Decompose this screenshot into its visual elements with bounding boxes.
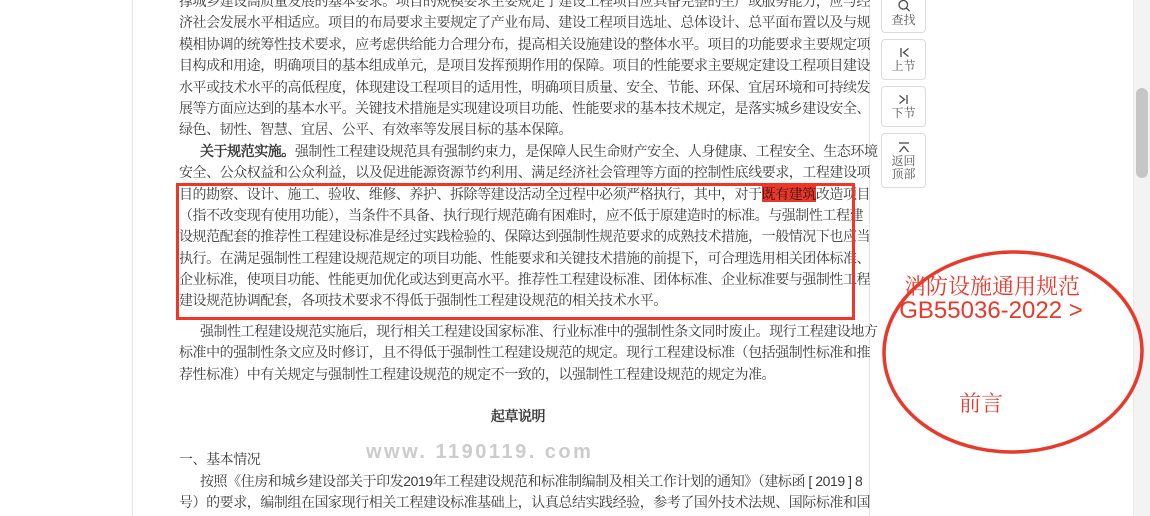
text-line: （指不改变现有使用功能），当条件不具备、执行现行规范确有困难时，应不低于原建造时… xyxy=(179,205,857,226)
text-segment: 强制性工程建设规范实施后，现行相关工程建设国家标准、行业标准中的强制性条文同时废… xyxy=(200,323,878,339)
arrow-up-to-top-icon xyxy=(896,141,912,154)
text-line: 执行。在满足强制性工程建设规范规定的项目功能、性能要求和关键技术措施的前提下，可… xyxy=(179,248,857,269)
text-segment: 模相协调的统筹性技术要求，应考虑供给能力合理分布，提高相关设施建设的整体水平。项… xyxy=(179,36,870,52)
previous-section-label: 上节 xyxy=(890,60,918,73)
text-segment: 目的勘察、设计、施工、验收、维修、养护、拆除等建设活动全过程中必须严格执行，其中… xyxy=(179,186,762,202)
document-text: 撑城乡建设高质量发展的基本要求。项目的规模要求主要规定了建设工程项目应具备完整的… xyxy=(179,0,857,513)
bold-text-segment: 关于规范实施。 xyxy=(200,143,295,159)
text-segment: 济社会发展水平相适应。项目的布局要求主要规定了产业布局、建设工程项目选址、总体设… xyxy=(179,14,870,30)
next-section-label: 下节 xyxy=(890,107,918,120)
text-line: 目的勘察、设计、施工、验收、维修、养护、拆除等建设活动全过程中必须严格执行，其中… xyxy=(179,184,857,205)
text-line: 模相协调的统筹性技术要求，应考虑供给能力合理分布，提高相关设施建设的整体水平。项… xyxy=(179,34,857,55)
text-segment: 建设规范协调配套，各项技术要求不得低于强制性工程建设规范的相关技术水平。 xyxy=(179,292,667,308)
text-line: 按照《住房和城乡建设部关于印发2019年工程建设规范和标准制编制及相关工作计划的… xyxy=(179,471,857,492)
document-page: 撑城乡建设高质量发展的基本要求。项目的规模要求主要规定了建设工程项目应具备完整的… xyxy=(132,0,870,516)
text-line: 关于规范实施。强制性工程建设规范具有强制约束力，是保障人民生命财产安全、人身健康… xyxy=(179,141,857,162)
standard-title-link-line2[interactable]: GB55036-2022 > xyxy=(899,297,1082,325)
next-section-button[interactable]: 下节 xyxy=(881,86,926,127)
document-viewer-page: { "colors":{ "annotation_red":"#e8392b",… xyxy=(0,0,1150,516)
back-to-top-label: 返回顶部 xyxy=(890,155,918,181)
skip-previous-icon xyxy=(897,46,911,59)
watermark: www. 1190119. com xyxy=(366,441,593,464)
heading-line: 起草说明 xyxy=(179,406,857,427)
skip-next-icon xyxy=(897,93,911,106)
text-segment: 号）的要求，编制组在国家现行相关工程建设标准基础上，认真总结实践经验，参考了国外… xyxy=(179,494,870,510)
text-segment: 荐性标准）中有关规定与强制性工程建设规范的规定不一致的，以强制性工程建设规范的规… xyxy=(179,366,775,382)
text-line: 荐性标准）中有关规定与强制性工程建设规范的规定不一致的，以强制性工程建设规范的规… xyxy=(179,364,857,385)
text-line: 安全、公众权益和公众利益，以及促进能源资源节约利用、满足经济社会管理等方面的控制… xyxy=(179,162,857,183)
text-line: 撑城乡建设高质量发展的基本要求。项目的规模要求主要规定了建设工程项目应具备完整的… xyxy=(179,0,857,12)
text-line: 目构成和用途，明确项目的基本组成单元，是项目发挥预期作用的保障。项目的性能要求主… xyxy=(179,55,857,76)
text-segment: 改造项目 xyxy=(816,186,870,202)
text-segment: 企业标准，使项目功能、性能更加优化或达到更高水平。推荐性工程建设标准、团体标准、… xyxy=(179,271,870,287)
text-line xyxy=(179,385,857,406)
text-segment: 按照《住房和城乡建设部关于印发2019年工程建设规范和标准制编制及相关工作计划的… xyxy=(200,473,862,489)
search-highlight: 既有建筑 xyxy=(762,186,816,202)
search-icon xyxy=(897,0,911,13)
find-button-label: 查找 xyxy=(890,14,918,27)
text-segment: 设规范配套的推荐性工程建设标准是经过实践检验的、保障达到强制性规范要求的成熟技术… xyxy=(179,228,870,244)
text-line: 企业标准，使项目功能、性能更加优化或达到更高水平。推荐性工程建设标准、团体标准、… xyxy=(179,269,857,290)
find-button[interactable]: 查找 xyxy=(881,0,926,33)
text-segment: （指不改变现有使用功能），当条件不具备、执行现行规范确有困难时，应不低于原建造时… xyxy=(179,207,863,223)
text-line: 济社会发展水平相适应。项目的布局要求主要规定了产业布局、建设工程项目选址、总体设… xyxy=(179,12,857,33)
text-line: 水平或技术水平的高低程度，体现建设工程项目的适用性，明确项目质量、安全、节能、环… xyxy=(179,77,857,98)
text-segment: 目构成和用途，明确项目的基本组成单元，是项目发挥预期作用的保障。项目的性能要求主… xyxy=(179,57,870,73)
text-segment: 安全、公众权益和公众利益，以及促进能源资源节约利用、满足经济社会管理等方面的控制… xyxy=(179,164,870,180)
text-segment: 绿色、韧性、智慧、宜居、公平、有效率等发展目标的基本保障。 xyxy=(179,121,572,137)
text-line: 展等方面应达到的基本水平。关键技术措施是实现建设项目功能、性能要求的基本技术规定… xyxy=(179,98,857,119)
text-line: 强制性工程建设规范实施后，现行相关工程建设国家标准、行业标准中的强制性条文同时废… xyxy=(179,321,857,342)
text-line: 绿色、韧性、智慧、宜居、公平、有效率等发展目标的基本保障。 xyxy=(179,119,857,140)
text-segment: 强制性工程建设规范具有强制约束力，是保障人民生命财产安全、人身健康、工程安全、生… xyxy=(295,143,878,159)
text-segment: 展等方面应达到的基本水平。关键技术措施是实现建设项目功能、性能要求的基本技术规定… xyxy=(179,100,870,116)
text-segment: 水平或技术水平的高低程度，体现建设工程项目的适用性，明确项目质量、安全、节能、环… xyxy=(179,79,870,95)
scrollbar-track[interactable] xyxy=(1133,0,1150,516)
text-line: 标准中的强制性条文应及时修订，且不得低于强制性工程建设规范的规定。现行工程建设标… xyxy=(179,342,857,363)
previous-section-button[interactable]: 上节 xyxy=(881,39,926,80)
text-segment: 撑城乡建设高质量发展的基本要求。项目的规模要求主要规定了建设工程项目应具备完整的… xyxy=(179,0,870,9)
bold-text-segment: 起草说明 xyxy=(491,408,545,424)
text-line: 设规范配套的推荐性工程建设标准是经过实践检验的、保障达到强制性规范要求的成熟技术… xyxy=(179,226,857,247)
scrollbar-thumb[interactable] xyxy=(1136,88,1148,178)
back-to-top-button[interactable]: 返回顶部 xyxy=(881,133,926,188)
text-line: 建设规范协调配套，各项技术要求不得低于强制性工程建设规范的相关技术水平。 xyxy=(179,290,857,311)
text-segment: 标准中的强制性条文应及时修订，且不得低于强制性工程建设规范的规定。现行工程建设标… xyxy=(179,344,870,360)
text-segment: 执行。在满足强制性工程建设规范规定的项目功能、性能要求和关键技术措施的前提下，可… xyxy=(179,250,870,266)
preface-link[interactable]: 前言 xyxy=(959,387,1003,418)
text-segment: 一、基本情况 xyxy=(179,451,260,467)
text-line: 号）的要求，编制组在国家现行相关工程建设标准基础上，认真总结实践经验，参考了国外… xyxy=(179,492,857,513)
